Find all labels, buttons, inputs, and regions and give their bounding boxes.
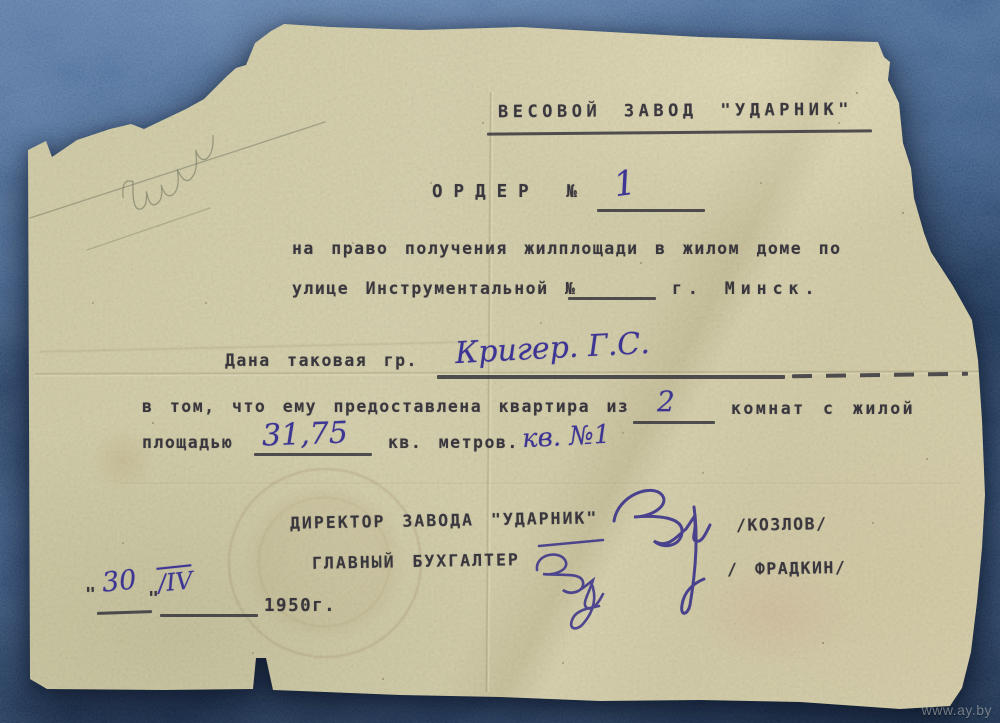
accountant-title: ГЛАВНЫЙ БУХГАЛТЕР: [312, 552, 520, 572]
apartment-line-prefix: в том, что ему предоставлена квартира из: [142, 399, 629, 416]
area-label: площадью: [142, 435, 233, 452]
date-year: 1950г.: [264, 598, 336, 616]
director-surname: /КОЗЛОВ/: [736, 516, 828, 534]
grant-line: на право получения жилплощади в жилом до…: [292, 241, 842, 258]
accountant-signature: [525, 536, 635, 636]
date-month-handwritten: /IV: [157, 568, 194, 596]
apartment-number-handwritten: кв. №1: [521, 422, 611, 453]
order-number-handwritten: 1: [612, 166, 638, 203]
paper-specks: [0, 0, 2, 2]
city-label: г. Минск.: [672, 281, 820, 298]
date-month-underline: [160, 614, 258, 617]
apartment-line-suffix: комнат с жилой: [731, 401, 915, 418]
area-underline: [254, 453, 372, 456]
document-paper: ВЕСОВОЙ ЗАВОД "УДАРНИК" ОРДЕР № 1 на пра…: [0, 0, 1000, 723]
area-value-handwritten: 31,75: [262, 419, 349, 452]
given-to-label: Дана таковая гр.: [225, 353, 418, 370]
rooms-count-handwritten: 2: [657, 388, 675, 416]
street-line: улице Инструментальной №: [292, 281, 576, 298]
recipient-underline: [437, 375, 785, 379]
date-day-handwritten: 30: [101, 566, 138, 596]
order-number-underline: [597, 209, 705, 212]
site-watermark: www.ay.by: [922, 702, 992, 718]
photo-background: ВЕСОВОЙ ЗАВОД "УДАРНИК" ОРДЕР № 1 на пра…: [0, 0, 1000, 723]
date-open-quote: ": [85, 586, 97, 604]
paper-shadow-wrap: ВЕСОВОЙ ЗАВОД "УДАРНИК" ОРДЕР № 1 на пра…: [0, 0, 1000, 723]
rooms-underline: [633, 421, 715, 424]
accountant-surname: / ФРАДКИН/: [727, 560, 847, 579]
street-number-blank: [568, 297, 656, 300]
order-label: ОРДЕР №: [432, 184, 588, 202]
document-title: ВЕСОВОЙ ЗАВОД "УДАРНИК": [498, 102, 853, 121]
area-units: кв. метров.: [388, 435, 519, 452]
